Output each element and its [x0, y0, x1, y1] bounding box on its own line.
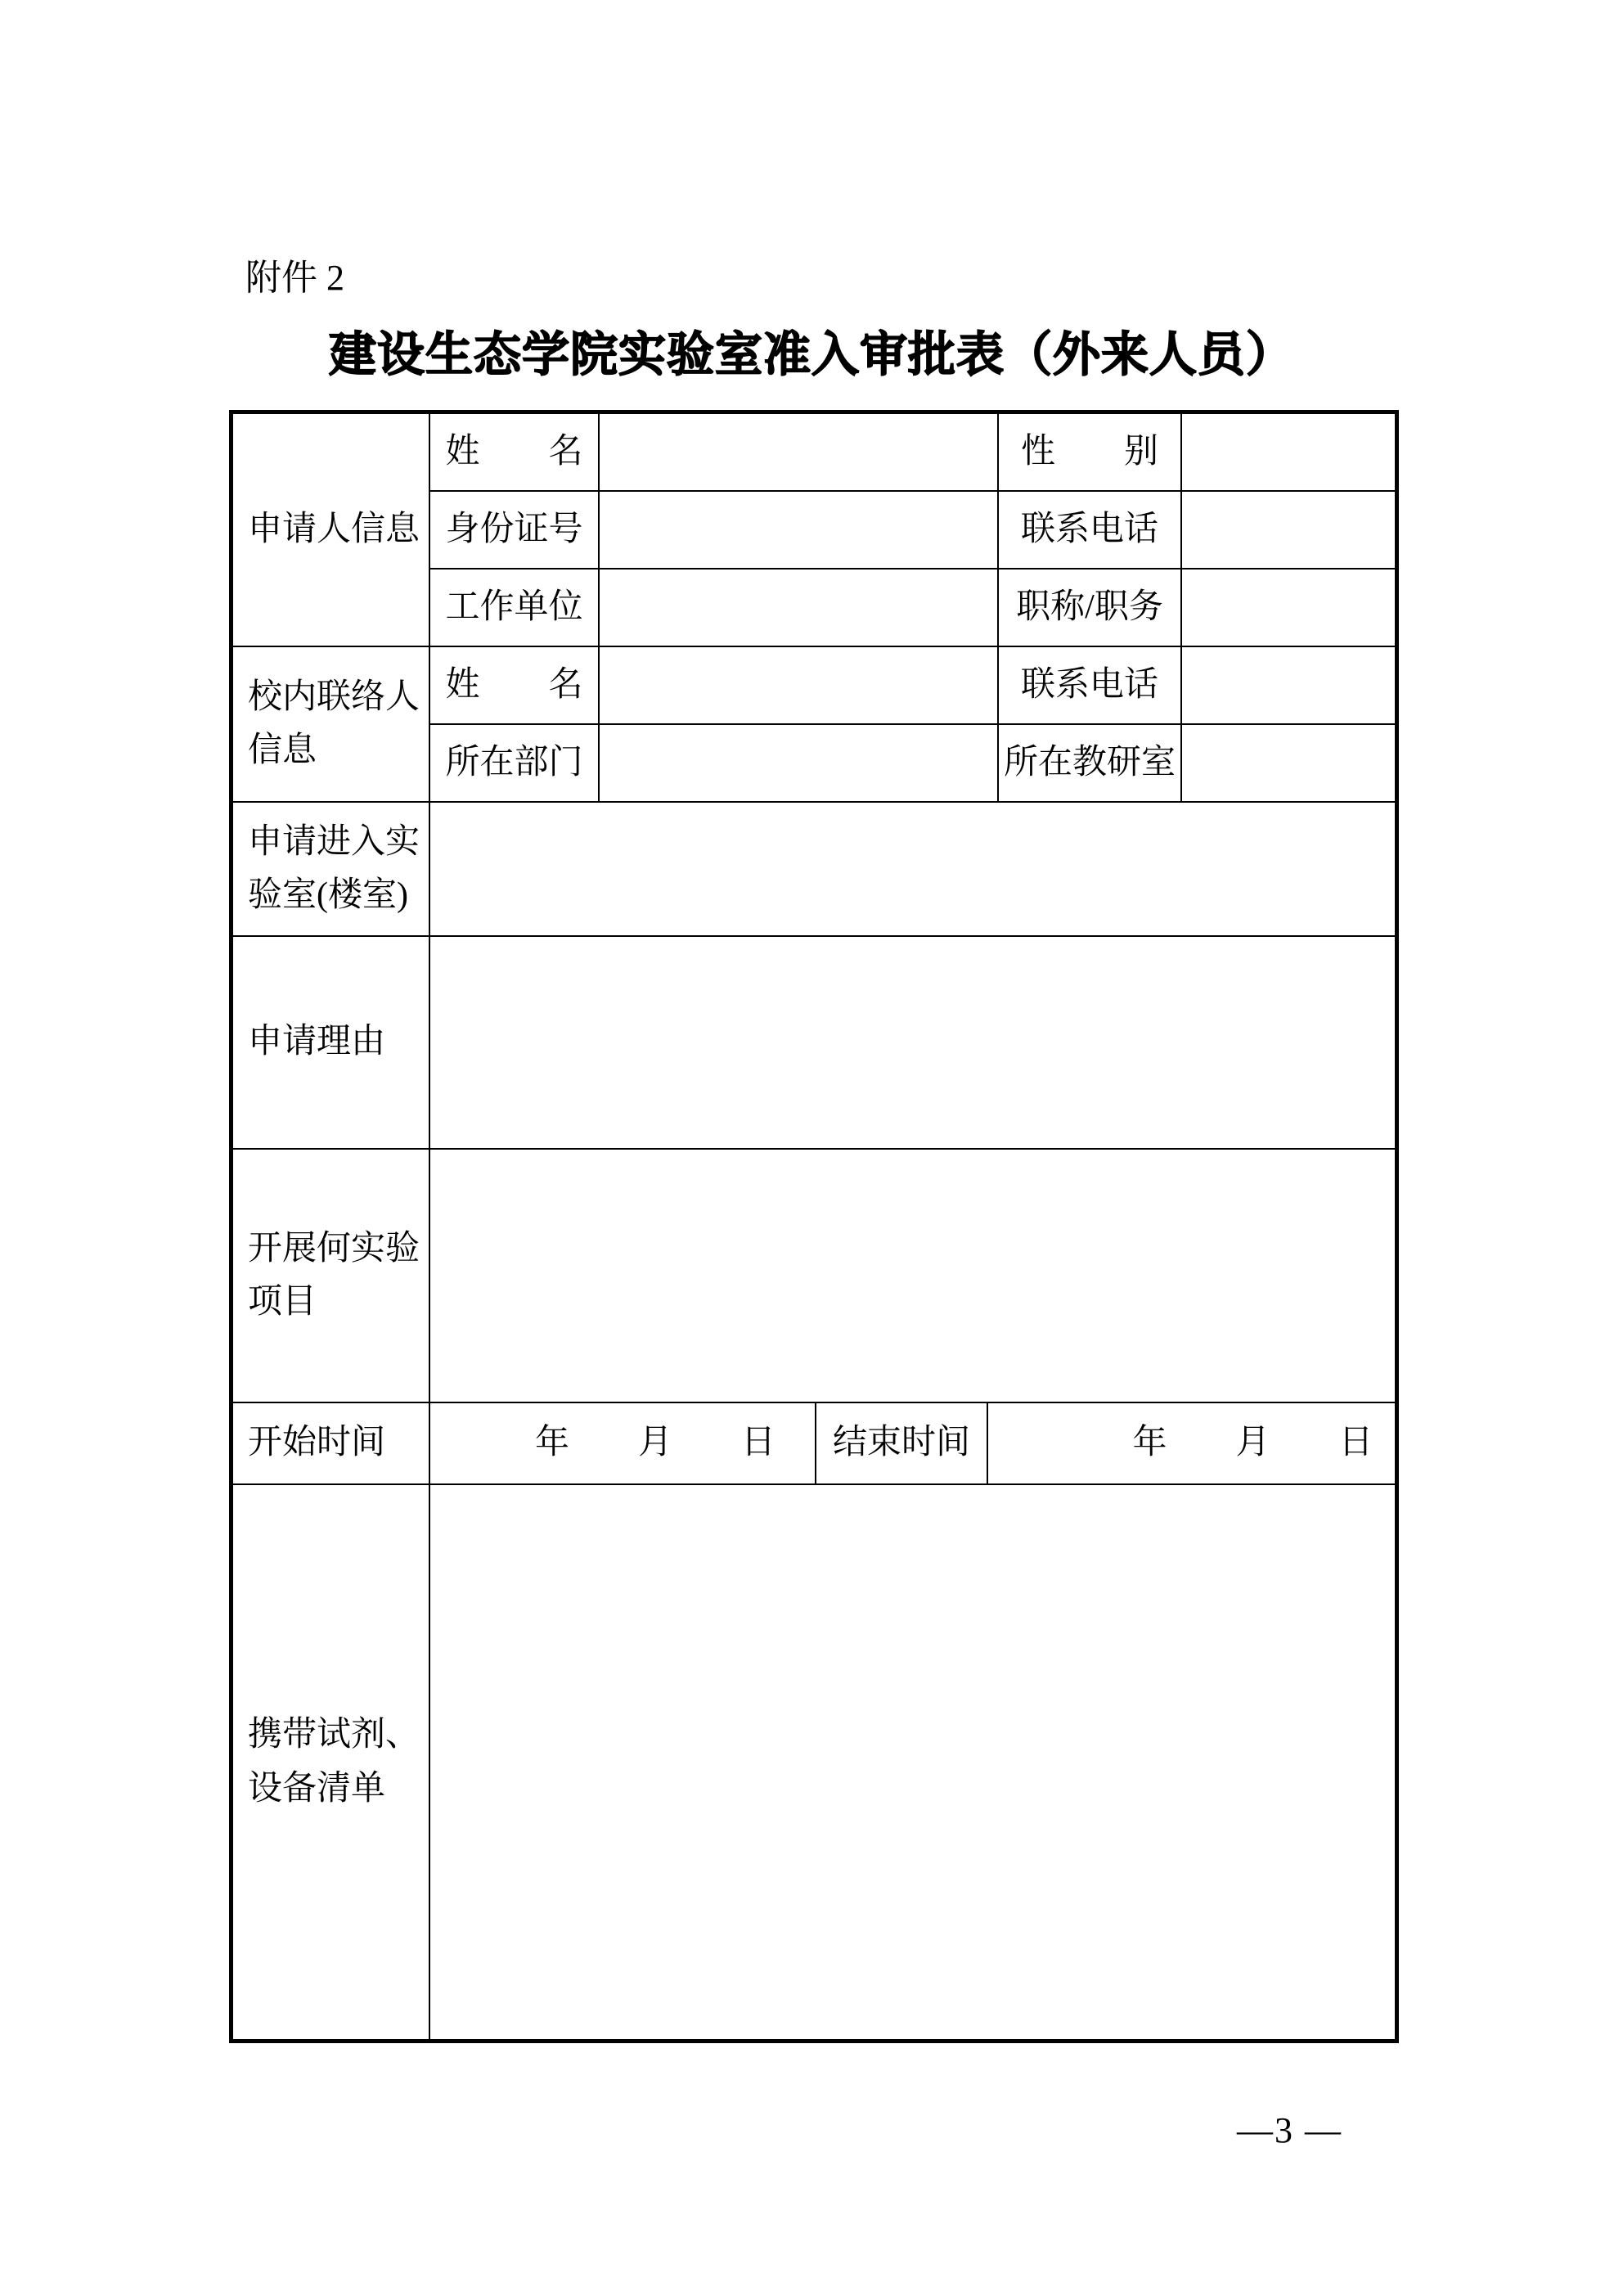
id-number-label: 身份证号 — [430, 492, 600, 569]
applicant-section-label: 申请人信息 — [233, 414, 430, 647]
project-input-cell[interactable] — [430, 1150, 1395, 1403]
project-label: 开展何实验 项目 — [233, 1150, 430, 1403]
name-input-cell[interactable] — [600, 414, 999, 492]
carry-list-label: 携带试剂、 设备清单 — [233, 1485, 430, 2039]
phone-input-cell[interactable] — [1182, 492, 1395, 569]
department-label: 所在部门 — [430, 725, 600, 803]
phone-label: 联系电话 — [999, 492, 1182, 569]
page-number: —3 — — [1237, 2109, 1342, 2153]
contact-name-label: 姓 名 — [430, 647, 600, 725]
doc-title: 建设生态学院实验室准入审批表（外来人员） — [231, 326, 1392, 385]
work-unit-label: 工作单位 — [430, 569, 600, 647]
title-position-input-cell[interactable] — [1182, 569, 1395, 647]
reason-input-cell[interactable] — [430, 937, 1395, 1150]
lab-request-input-cell[interactable] — [430, 803, 1395, 937]
name-label: 姓 名 — [430, 414, 600, 492]
contact-phone-input-cell[interactable] — [1182, 647, 1395, 725]
document-page: 附件 2 建设生态学院实验室准入审批表（外来人员） 申请人信息 姓 名 性 别 … — [0, 0, 1623, 2296]
carry-list-input-cell[interactable] — [430, 1485, 1395, 2039]
campus-contact-section-label: 校内联络人 信息 — [233, 647, 430, 803]
contact-name-input-cell[interactable] — [600, 647, 999, 725]
attachment-label: 附件 2 — [245, 257, 344, 300]
gender-label: 性 别 — [999, 414, 1182, 492]
title-position-label: 职称/职务 — [999, 569, 1182, 647]
teaching-office-input-cell[interactable] — [1182, 725, 1395, 803]
start-time-label: 开始时间 — [233, 1403, 430, 1485]
contact-phone-label: 联系电话 — [999, 647, 1182, 725]
lab-request-label: 申请进入实 验室(楼室) — [233, 803, 430, 937]
start-date-cell[interactable]: 年 月 日 — [430, 1403, 816, 1485]
work-unit-input-cell[interactable] — [600, 569, 999, 647]
gender-input-cell[interactable] — [1182, 414, 1395, 492]
end-date-cell[interactable]: 年 月 日 — [988, 1403, 1395, 1485]
department-input-cell[interactable] — [600, 725, 999, 803]
teaching-office-label: 所在教研室 — [999, 725, 1182, 803]
approval-form-table: 申请人信息 姓 名 性 别 身份证号 联系电话 工作单位 职称/职务 校内联络人… — [229, 410, 1399, 2043]
end-time-label: 结束时间 — [816, 1403, 988, 1485]
reason-label: 申请理由 — [233, 937, 430, 1150]
id-number-input-cell[interactable] — [600, 492, 999, 569]
